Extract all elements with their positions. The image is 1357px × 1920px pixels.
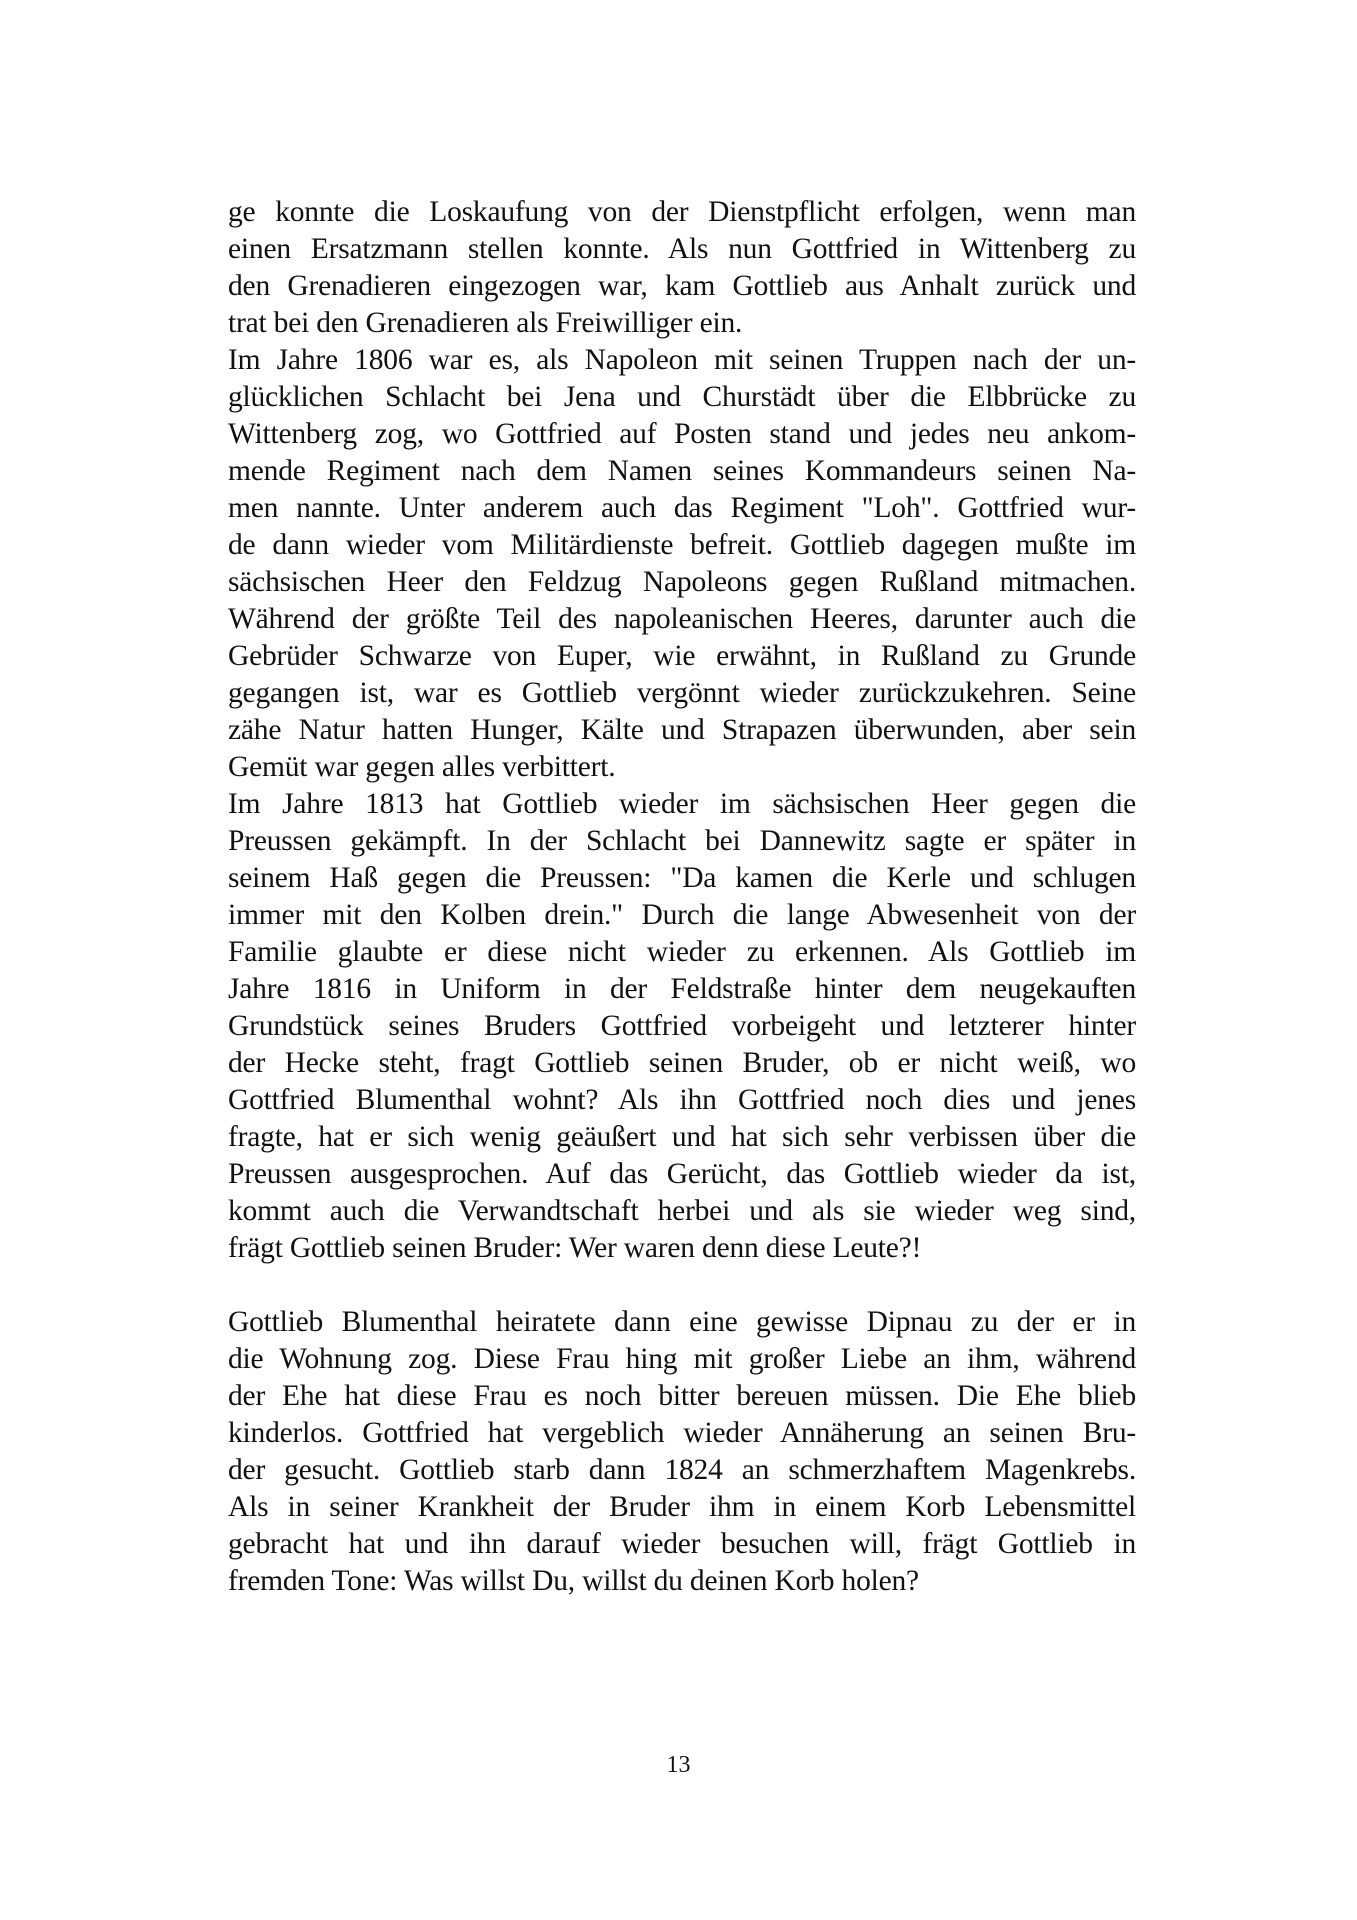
text-line: einen Ersatzmann stellen konnte. Als nun… bbox=[228, 231, 1136, 268]
text-line: zähe Natur hatten Hunger, Kälte und Stra… bbox=[228, 712, 1136, 749]
page-number: 13 bbox=[0, 1752, 1357, 1779]
text-line: fragte, hat er sich wenig geäußert und h… bbox=[228, 1119, 1136, 1156]
text-line: der gesucht. Gottlieb starb dann 1824 an… bbox=[228, 1452, 1136, 1489]
text-line: Gemüt war gegen alles verbittert. bbox=[228, 749, 1136, 786]
text-line: die Wohnung zog. Diese Frau hing mit gro… bbox=[228, 1341, 1136, 1378]
text-line: kommt auch die Verwandtschaft herbei und… bbox=[228, 1193, 1136, 1230]
text-line: seinem Haß gegen die Preussen: "Da kamen… bbox=[228, 860, 1136, 897]
text-line: de dann wieder vom Militärdienste befrei… bbox=[228, 527, 1136, 564]
text-line: der Hecke steht, fragt Gottlieb seinen B… bbox=[228, 1045, 1136, 1082]
paragraph-2: Im Jahre 1806 war es, als Napoleon mit s… bbox=[228, 342, 1136, 786]
paragraph-4: Gottlieb Blumenthal heiratete dann eine … bbox=[228, 1304, 1136, 1600]
text-line: mende Regiment nach dem Namen seines Kom… bbox=[228, 453, 1136, 490]
document-page: ge konnte die Loskaufung von der Dienstp… bbox=[0, 0, 1357, 1920]
text-line: Wittenberg zog, wo Gottfried auf Posten … bbox=[228, 416, 1136, 453]
text-line: gegangen ist, war es Gottlieb vergönnt w… bbox=[228, 675, 1136, 712]
text-line: immer mit den Kolben drein." Durch die l… bbox=[228, 897, 1136, 934]
text-line: kinderlos. Gottfried hat vergeblich wied… bbox=[228, 1415, 1136, 1452]
text-line: fremden Tone: Was willst Du, willst du d… bbox=[228, 1563, 1136, 1600]
text-line: Im Jahre 1806 war es, als Napoleon mit s… bbox=[228, 342, 1136, 379]
paragraph-1: ge konnte die Loskaufung von der Dienstp… bbox=[228, 194, 1136, 342]
text-line: Grundstück seines Bruders Gottfried vorb… bbox=[228, 1008, 1136, 1045]
text-line: ge konnte die Loskaufung von der Dienstp… bbox=[228, 194, 1136, 231]
text-line: glücklichen Schlacht bei Jena und Churst… bbox=[228, 379, 1136, 416]
text-line: Preussen gekämpft. In der Schlacht bei D… bbox=[228, 823, 1136, 860]
text-line: trat bei den Grenadieren als Freiwillige… bbox=[228, 305, 1136, 342]
text-line: Als in seiner Krankheit der Bruder ihm i… bbox=[228, 1489, 1136, 1526]
text-line: frägt Gottlieb seinen Bruder: Wer waren … bbox=[228, 1230, 1136, 1267]
text-line: Im Jahre 1813 hat Gottlieb wieder im säc… bbox=[228, 786, 1136, 823]
body-text: ge konnte die Loskaufung von der Dienstp… bbox=[228, 194, 1136, 1600]
paragraph-3: Im Jahre 1813 hat Gottlieb wieder im säc… bbox=[228, 786, 1136, 1267]
text-line: der Ehe hat diese Frau es noch bitter be… bbox=[228, 1378, 1136, 1415]
text-line: Gottfried Blumenthal wohnt? Als ihn Gott… bbox=[228, 1082, 1136, 1119]
text-line: Während der größte Teil des napoleanisch… bbox=[228, 601, 1136, 638]
text-line: Gottlieb Blumenthal heiratete dann eine … bbox=[228, 1304, 1136, 1341]
text-line: Gebrüder Schwarze von Euper, wie erwähnt… bbox=[228, 638, 1136, 675]
text-line: den Grenadieren eingezogen war, kam Gott… bbox=[228, 268, 1136, 305]
text-line: gebracht hat und ihn darauf wieder besuc… bbox=[228, 1526, 1136, 1563]
text-line: Preussen ausgesprochen. Auf das Gerücht,… bbox=[228, 1156, 1136, 1193]
text-line: Familie glaubte er diese nicht wieder zu… bbox=[228, 934, 1136, 971]
text-line: sächsischen Heer den Feldzug Napoleons g… bbox=[228, 564, 1136, 601]
text-line: Jahre 1816 in Uniform in der Feldstraße … bbox=[228, 971, 1136, 1008]
text-line: men nannte. Unter anderem auch das Regim… bbox=[228, 490, 1136, 527]
